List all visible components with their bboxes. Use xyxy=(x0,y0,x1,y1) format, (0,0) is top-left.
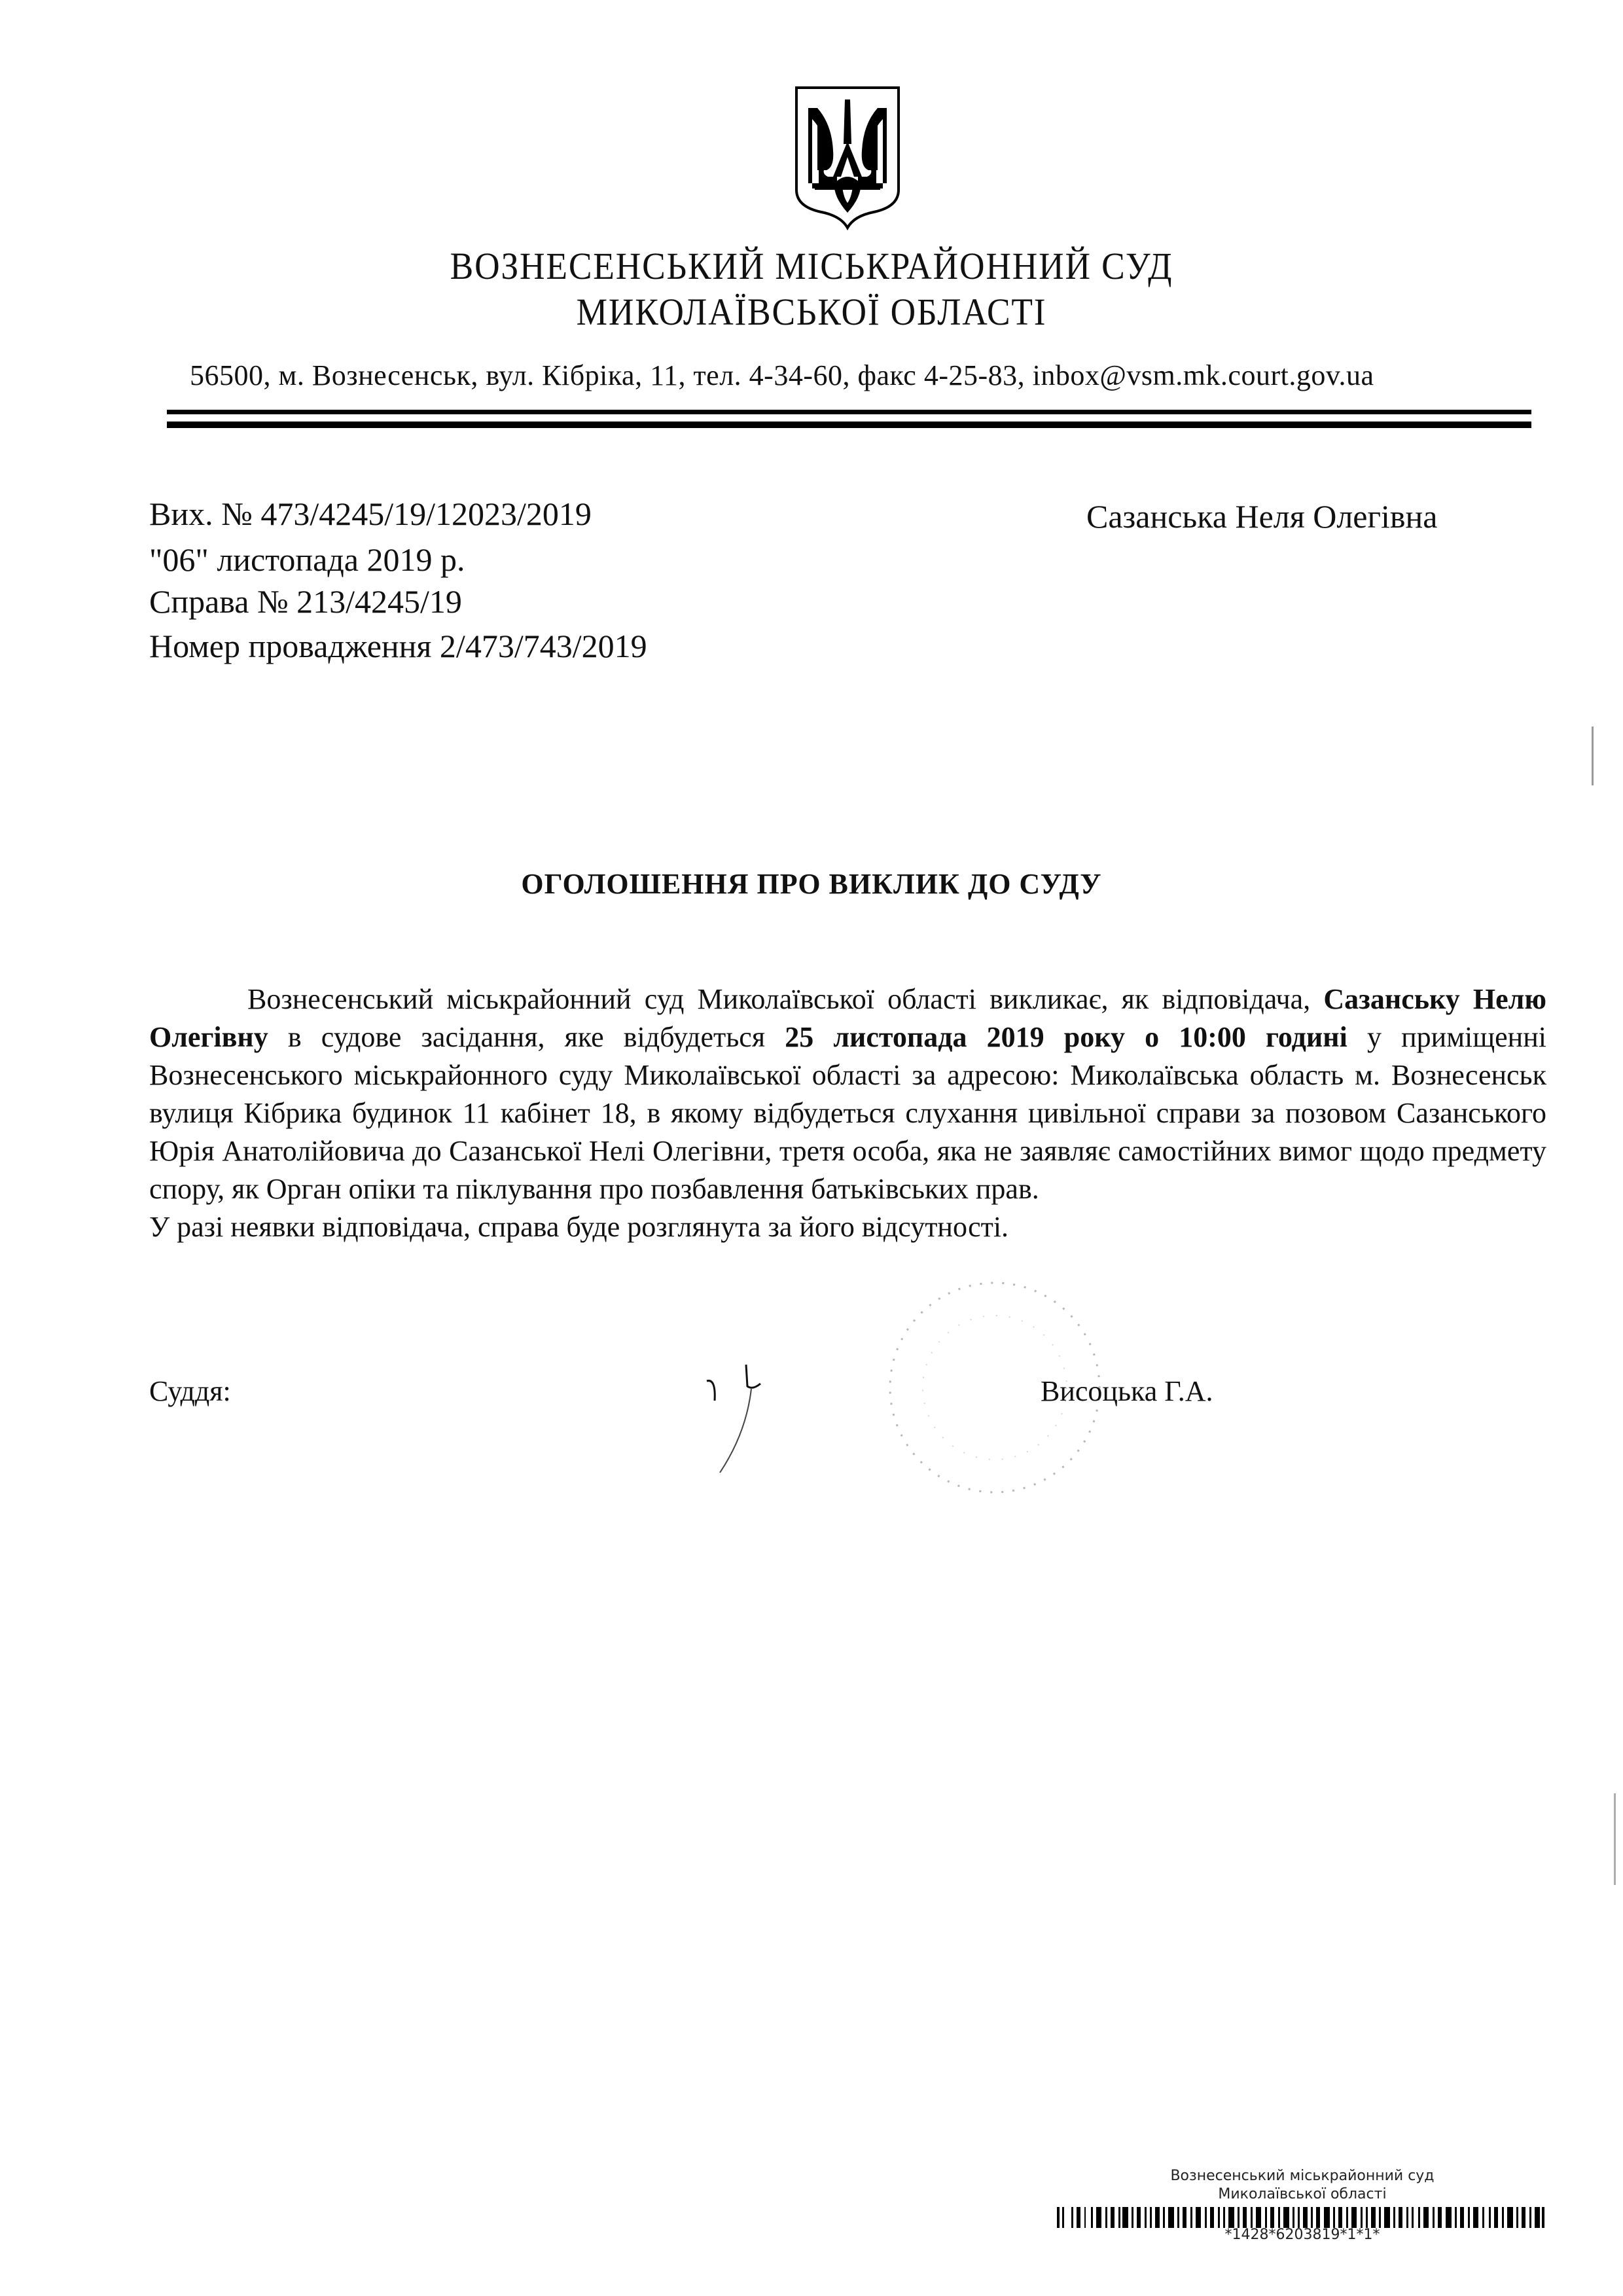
footer-court-region: Миколаївської області xyxy=(1047,2186,1558,2202)
footer-court-name: Вознесенський міськрайонний суд xyxy=(1047,2168,1558,2184)
court-name-line1: ВОЗНЕСЕНСЬКИЙ МІСЬКРАЙОННИЙ СУД xyxy=(65,247,1558,285)
proceeding-number: Номер провадження 2/473/743/2019 xyxy=(149,630,647,662)
recipient-name: Сазанська Неля Олегівна xyxy=(1086,497,1437,535)
header-divider-thin xyxy=(167,410,1531,414)
paragraph-text: Вознесенський міськрайонний суд Миколаїв… xyxy=(247,983,1323,1015)
court-name-line2: МИКОЛАЇВСЬКОЇ ОБЛАСТІ xyxy=(65,293,1558,331)
coat-of-arms-icon xyxy=(789,79,906,230)
document-date: "06" листопада 2019 р. xyxy=(149,543,465,576)
outgoing-number: Вих. № 473/4245/19/12023/2019 xyxy=(149,497,592,530)
document-title: ОГОЛОШЕННЯ ПРО ВИКЛИК ДО СУДУ xyxy=(0,867,1623,901)
judge-label: Суддя: xyxy=(149,1374,231,1408)
paragraph-text: в судове засідання, яке відбудеться xyxy=(268,1021,785,1053)
barcode-number: *1428*6203819*1*1* xyxy=(1047,2227,1558,2243)
handwritten-signature-icon xyxy=(694,1361,825,1479)
court-address: 56500, м. Вознесенськ, вул. Кібріка, 11,… xyxy=(190,359,1374,392)
judge-name: Висоцька Г.А. xyxy=(1041,1374,1213,1408)
absence-warning: У разі неявки відповідача, справа буде р… xyxy=(149,1208,1546,1246)
scan-artifact xyxy=(1592,726,1594,785)
hearing-datetime: 25 листопада 2019 року о 10:00 годині xyxy=(785,1021,1347,1053)
case-number: Справа № 213/4245/19 xyxy=(149,585,462,618)
notice-body: Вознесенський міськрайонний суд Миколаїв… xyxy=(149,980,1546,1246)
header-divider-thick xyxy=(167,422,1531,428)
scan-artifact xyxy=(1614,1793,1616,1885)
notice-paragraph: Вознесенський міськрайонний суд Миколаїв… xyxy=(149,980,1546,1208)
barcode-icon xyxy=(1057,2207,1544,2228)
